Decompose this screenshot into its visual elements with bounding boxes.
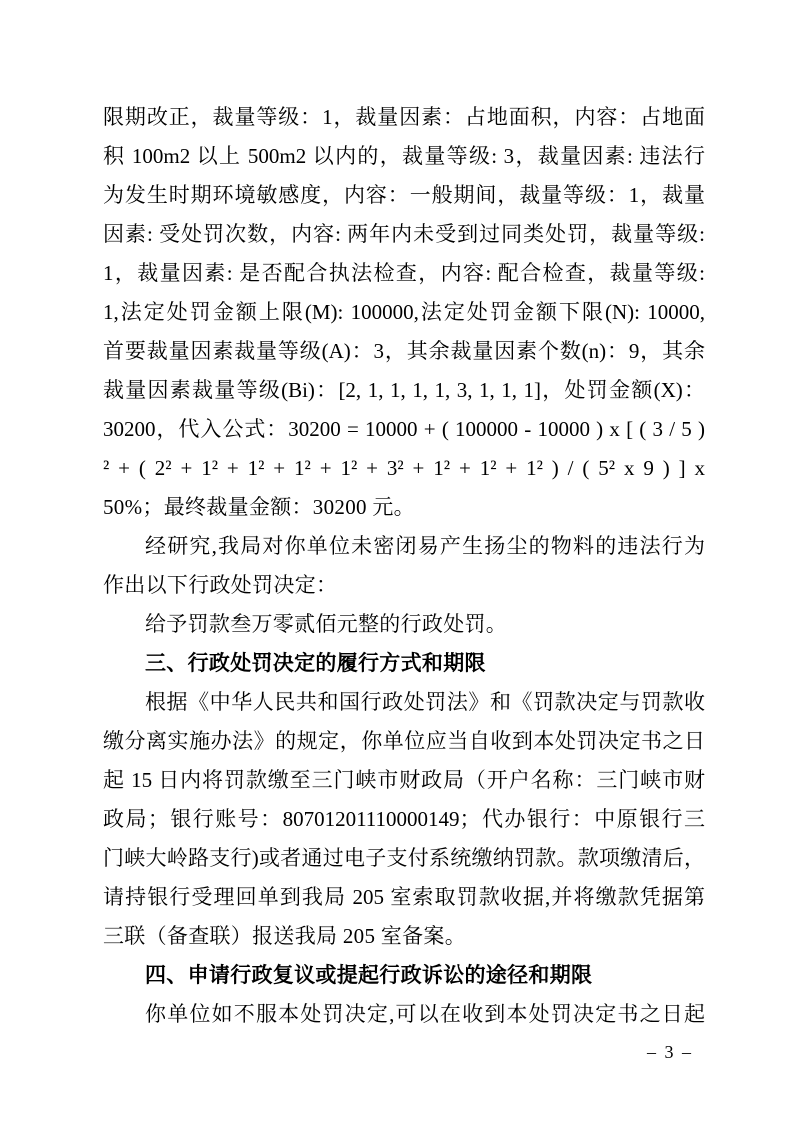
text-line: 经研究,我局对你单位未密闭易产生扬尘的物料的违法行为 <box>103 527 705 566</box>
section-heading-3: 三、行政处罚决定的履行方式和期限 <box>103 644 705 683</box>
section-heading-4: 四、申请行政复议或提起行政诉讼的途径和期限 <box>103 956 705 995</box>
text-line: 你单位如不服本处罚决定,可以在收到本处罚决定书之日起 <box>103 995 705 1034</box>
text-line: 根据《中华人民共和国行政处罚法》和《罚款决定与罚款收 <box>103 683 705 722</box>
text-line: 1，裁量因素: 是否配合执法检查，内容: 配合检查，裁量等级: <box>103 254 705 293</box>
text-line: 三联（备查联）报送我局 205 室备案。 <box>103 917 705 956</box>
text-line: 缴分离实施办法》的规定，你单位应当自收到本处罚决定书之日 <box>103 722 705 761</box>
page-number: – 3 – <box>647 1040 693 1064</box>
formula-line: 30200，代入公式：30200 = 10000 + ( 100000 - 10… <box>103 410 705 449</box>
text-line: 起 15 日内将罚款缴至三门峡市财政局（开户名称：三门峡市财 <box>103 761 705 800</box>
text-line: 1,法定处罚金额上限(M): 100000,法定处罚金额下限(N): 10000… <box>103 293 705 332</box>
text-line: 因素: 受处罚次数，内容: 两年内未受到过同类处罚，裁量等级: <box>103 215 705 254</box>
text-line: 积 100m2 以上 500m2 以内的，裁量等级: 3，裁量因素: 违法行 <box>103 137 705 176</box>
text-line: 门峡大岭路支行)或者通过电子支付系统缴纳罚款。款项缴清后， <box>103 839 705 878</box>
penalty-line: 给予罚款叁万零贰佰元整的行政处罚。 <box>103 605 705 644</box>
text-line: 裁量因素裁量等级(Bi)：[2, 1, 1, 1, 1, 3, 1, 1, 1]… <box>103 371 705 410</box>
text-line: 请持银行受理回单到我局 205 室索取罚款收据,并将缴款凭据第 <box>103 878 705 917</box>
document-body: 限期改正，裁量等级：1，裁量因素：占地面积，内容：占地面 积 100m2 以上 … <box>103 98 705 1034</box>
text-line: 为发生时期环境敏感度，内容：一般期间，裁量等级：1，裁量 <box>103 176 705 215</box>
text-line: 50%；最终裁量金额：30200 元。 <box>103 488 705 527</box>
text-line: 限期改正，裁量等级：1，裁量因素：占地面积，内容：占地面 <box>103 98 705 137</box>
text-line: 作出以下行政处罚决定： <box>103 566 705 605</box>
formula-line: ² + ( 2² + 1² + 1² + 1² + 1² + 3² + 1² +… <box>103 449 705 488</box>
bank-account-line: 政局；银行账号：80701201110000149；代办银行：中原银行三 <box>103 800 705 839</box>
text-line: 首要裁量因素裁量等级(A)：3，其余裁量因素个数(n)：9，其余 <box>103 332 705 371</box>
document-page: 限期改正，裁量等级：1，裁量因素：占地面积，内容：占地面 积 100m2 以上 … <box>0 0 793 1122</box>
